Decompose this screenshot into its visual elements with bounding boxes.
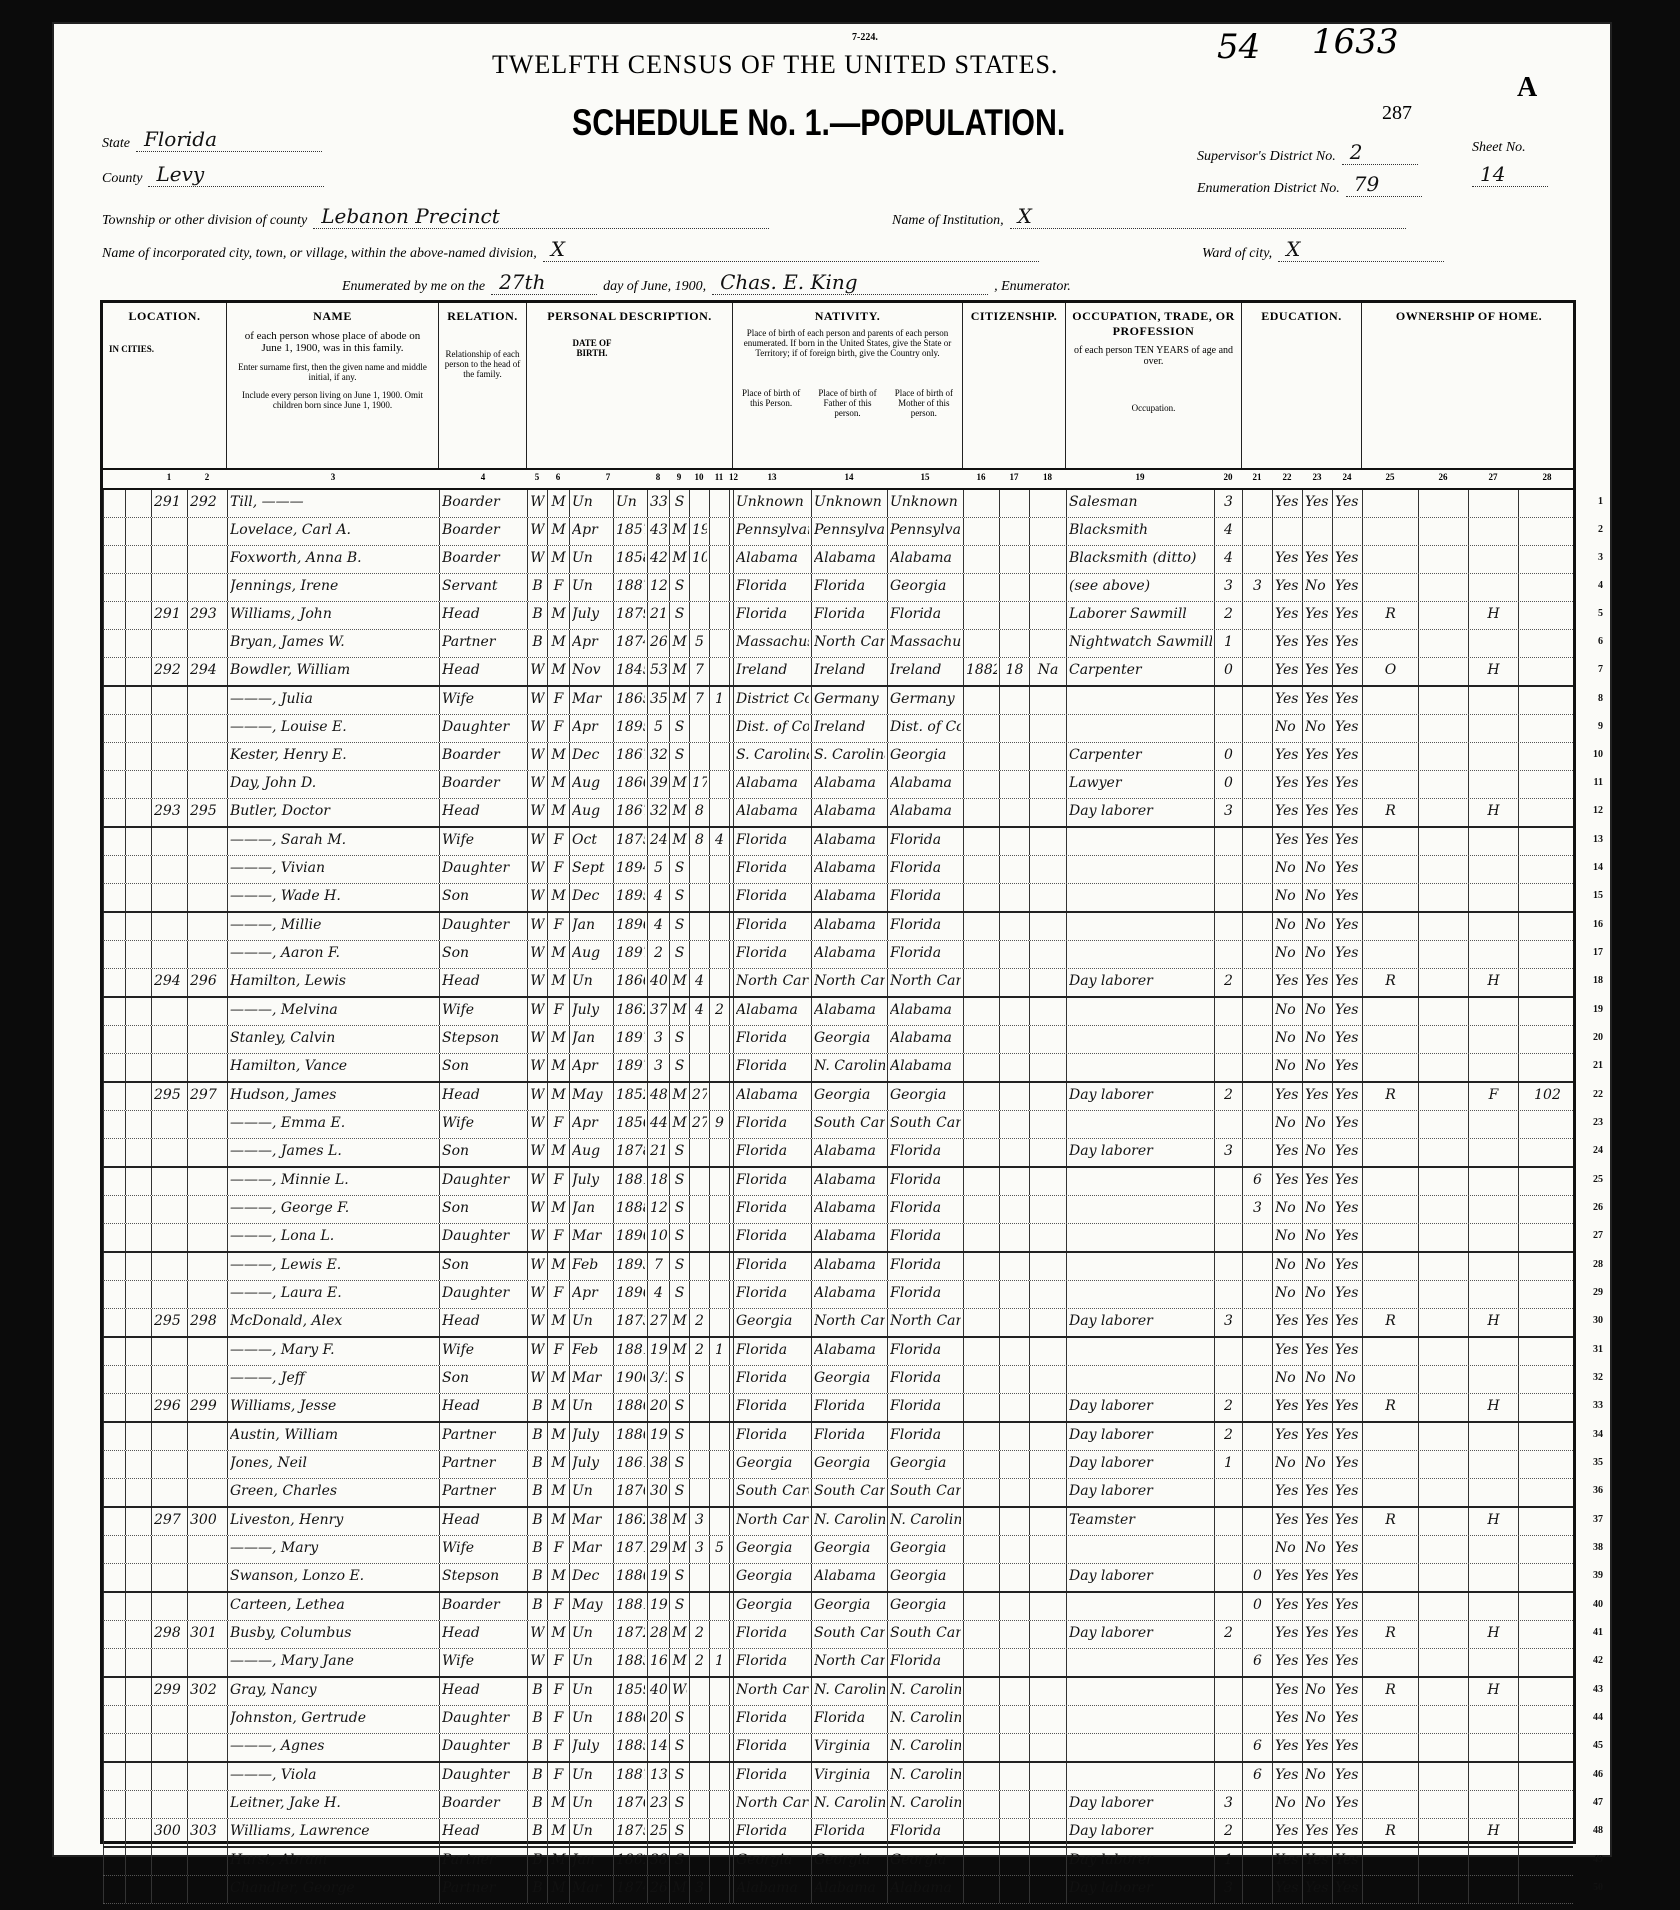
column-divider: [669, 1876, 670, 1903]
cell-ms: M: [672, 832, 687, 848]
cell-mb: Florida: [890, 1653, 961, 1669]
cell-name: ———, Lewis E.: [230, 1257, 437, 1273]
column-divider: [689, 1309, 690, 1336]
column-divider: [227, 1706, 228, 1733]
cell-pb: Florida: [736, 1767, 809, 1783]
column-divider: [1272, 998, 1273, 1025]
line-number: 27: [1593, 1230, 1603, 1241]
cell-age: 10: [650, 1228, 667, 1244]
cell-rel: Wife: [442, 1115, 525, 1131]
column-divider: [613, 1876, 614, 1903]
column-divider: [187, 856, 188, 883]
column-divider: [647, 1281, 648, 1308]
column-divider: [669, 1593, 670, 1620]
column-divider: [103, 1054, 104, 1081]
cell-name: Hamilton, Vance: [230, 1058, 437, 1074]
column-divider: [439, 1083, 440, 1110]
column-divider: [887, 1848, 888, 1875]
column-divider: [887, 687, 888, 714]
cell-fb: Alabama: [814, 832, 885, 848]
line-number: 8: [1598, 693, 1603, 704]
column-divider: [963, 1791, 964, 1818]
column-divider: [669, 1734, 670, 1761]
cell-own: R: [1365, 1087, 1416, 1103]
cell-rel: Boarder: [442, 522, 525, 538]
column-divider: [669, 546, 670, 573]
column-divider: [647, 884, 648, 911]
column-divider: [709, 1083, 710, 1110]
cell-ms: S: [672, 1172, 687, 1188]
column-divider: [1066, 1253, 1067, 1280]
column-divider: [669, 630, 670, 657]
cell-mb: Unknown: [890, 494, 961, 510]
column-divider: [963, 1224, 964, 1251]
column-divider: [709, 856, 710, 883]
cell-pb: District Columbia: [736, 691, 809, 707]
column-divider: [1242, 1649, 1243, 1676]
cell-age: 25: [650, 1823, 667, 1839]
cell-name: Carteen, Lethea: [230, 1597, 437, 1613]
column-divider: [439, 715, 440, 742]
cell-age: 3: [650, 1058, 667, 1074]
column-divider: [1066, 518, 1067, 545]
column-divider: [1518, 1196, 1519, 1223]
column-divider: [1518, 1338, 1519, 1365]
column-divider: [1066, 1083, 1067, 1110]
column-divider: [1272, 1309, 1273, 1336]
cell-fam: 297: [190, 1087, 225, 1103]
column-divider: [1362, 856, 1363, 883]
column-divider: [1518, 1848, 1519, 1875]
column-divider: [125, 1734, 126, 1761]
cell-fb: Florida: [814, 1398, 885, 1414]
column-divider: [811, 1309, 812, 1336]
column-divider: [733, 1139, 734, 1166]
column-divider: [151, 1026, 152, 1053]
column-divider: [689, 799, 690, 826]
cell-rel: Head: [442, 662, 525, 678]
column-divider: [527, 1338, 528, 1365]
column-divider: [729, 715, 730, 742]
cell-color: W: [530, 1285, 545, 1301]
column-divider: [729, 1848, 730, 1875]
cell-age: 33: [650, 494, 667, 510]
column-divider: [689, 941, 690, 968]
column-divider: [1362, 1479, 1363, 1506]
column-divider: [103, 998, 104, 1025]
cell-name: ———, Mary Jane: [230, 1653, 437, 1669]
cell-pb: Florida: [736, 1285, 809, 1301]
cell-color: B: [530, 634, 545, 650]
cell-rd: Yes: [1275, 1172, 1300, 1188]
column-divider: [1362, 1876, 1363, 1903]
column-divider: [613, 1593, 614, 1620]
header-occupation: OCCUPATION, TRADE, OR PROFESSIONof each …: [1066, 303, 1242, 468]
cell-fb: North Carolina: [814, 1313, 885, 1329]
cell-mo: Aug: [572, 1143, 611, 1159]
column-divider: [613, 1621, 614, 1648]
column-divider: [439, 1394, 440, 1421]
column-divider: [569, 1564, 570, 1591]
cell-yr: 1872: [616, 1625, 645, 1641]
column-divider: [439, 1224, 440, 1251]
cell-en: Yes: [1335, 1058, 1360, 1074]
column-divider: [669, 941, 670, 968]
column-divider: [125, 1111, 126, 1138]
column-divider: [669, 687, 670, 714]
column-divider: [1468, 856, 1469, 883]
cell-sch: 0: [1245, 1597, 1270, 1613]
column-divider: [1332, 1536, 1333, 1563]
cell-occ: Day laborer: [1069, 1568, 1212, 1584]
cell-color: W: [530, 719, 545, 735]
column-divider: [1362, 490, 1363, 517]
cell-mo: May: [572, 1087, 611, 1103]
column-divider: [1332, 856, 1333, 883]
column-divider: [103, 687, 104, 714]
column-divider: [1214, 1593, 1215, 1620]
column-divider: [733, 1564, 734, 1591]
column-divider: [187, 715, 188, 742]
cell-age: 19: [650, 1342, 667, 1358]
column-divider: [1066, 884, 1067, 911]
column-divider: [729, 546, 730, 573]
column-divider: [103, 1394, 104, 1421]
column-number: 10: [689, 472, 709, 482]
cell-mo: July: [572, 1738, 611, 1754]
cell-sch: 6: [1245, 1172, 1270, 1188]
column-divider: [151, 1479, 152, 1506]
cell-ms: S: [672, 1285, 687, 1301]
cell-ms: S: [672, 494, 687, 510]
cell-wr: Yes: [1305, 1398, 1330, 1414]
column-divider: [187, 1479, 188, 1506]
column-divider: [1242, 1564, 1243, 1591]
column-divider: [729, 1394, 730, 1421]
column-divider: [733, 1621, 734, 1648]
cell-ms: S: [672, 1398, 687, 1414]
cell-en: Yes: [1335, 1653, 1360, 1669]
column-divider: [613, 1196, 614, 1223]
cell-mb: North Carolina: [890, 1313, 961, 1329]
column-divider: [689, 1649, 690, 1676]
column-divider: [1302, 743, 1303, 770]
column-divider: [151, 1536, 152, 1563]
column-divider: [811, 658, 812, 685]
column-divider: [1418, 856, 1419, 883]
column-divider: [1272, 1706, 1273, 1733]
column-divider: [227, 856, 228, 883]
cell-age: 16: [650, 1653, 667, 1669]
table-row: ———, Louise E.DaughterWFApr18955SDist. o…: [103, 715, 1573, 743]
column-divider: [569, 1083, 570, 1110]
line-number: 18: [1593, 975, 1603, 986]
column-divider: [1272, 658, 1273, 685]
column-divider: [547, 687, 548, 714]
column-number: 26: [1418, 472, 1468, 482]
column-divider: [887, 1083, 888, 1110]
column-divider: [1302, 856, 1303, 883]
cell-occ: Nightwatch Sawmill: [1069, 634, 1212, 650]
column-divider: [1302, 1111, 1303, 1138]
column-divider: [547, 1876, 548, 1903]
cell-rel: Son: [442, 1370, 525, 1386]
column-divider: [151, 1791, 152, 1818]
cell-mu: 1: [1217, 634, 1240, 650]
column-divider: [1468, 771, 1469, 798]
column-divider: [647, 1423, 648, 1450]
cell-pb: Dist. of Columbia: [736, 719, 809, 735]
cell-ym: 10: [692, 550, 707, 566]
city-value: X: [543, 237, 1039, 262]
column-divider: [733, 1848, 734, 1875]
column-divider: [1242, 1508, 1243, 1535]
column-divider: [103, 574, 104, 601]
cell-rd: Yes: [1275, 1087, 1300, 1103]
column-divider: [669, 715, 670, 742]
cell-yr: 1890: [616, 1228, 645, 1244]
cell-fam: 296: [190, 973, 225, 989]
column-divider: [613, 546, 614, 573]
column-divider: [1468, 1338, 1469, 1365]
column-divider: [999, 941, 1000, 968]
column-divider: [1332, 1479, 1333, 1506]
cell-mo: Apr: [572, 719, 611, 735]
cell-fb: Pennsylvania: [814, 522, 885, 538]
cell-pb: Florida: [736, 1172, 809, 1188]
column-divider: [1418, 1649, 1419, 1676]
column-divider: [999, 799, 1000, 826]
column-divider: [1272, 884, 1273, 911]
cell-yr: 1860: [616, 973, 645, 989]
column-divider: [887, 856, 888, 883]
column-divider: [887, 998, 888, 1025]
column-divider: [125, 658, 126, 685]
cell-wr: No: [1305, 1767, 1330, 1783]
cell-mo: Oct: [572, 832, 611, 848]
cell-rel: Partner: [442, 1880, 525, 1896]
cell-own: R: [1365, 606, 1416, 622]
column-divider: [1242, 1734, 1243, 1761]
column-divider: [103, 1423, 104, 1450]
column-divider: [709, 1479, 710, 1506]
column-divider: [1214, 1309, 1215, 1336]
column-divider: [1332, 998, 1333, 1025]
cell-color: B: [530, 1597, 545, 1613]
column-divider: [1272, 1678, 1273, 1705]
column-divider: [1272, 1876, 1273, 1903]
cell-age: 21: [650, 606, 667, 622]
column-divider: [999, 1139, 1000, 1166]
column-divider: [1302, 1508, 1303, 1535]
cell-name: Williams, Lawrence: [230, 1823, 437, 1839]
column-divider: [125, 1649, 126, 1676]
cell-pb: Florida: [736, 1738, 809, 1754]
column-divider: [125, 1848, 126, 1875]
column-divider: [811, 1423, 812, 1450]
cell-name: ———, Wade H.: [230, 888, 437, 904]
column-divider: [527, 490, 528, 517]
column-divider: [569, 884, 570, 911]
column-divider: [1242, 1338, 1243, 1365]
column-divider: [1066, 1848, 1067, 1875]
column-divider: [689, 1394, 690, 1421]
table-row: 295297Hudson, JamesHeadWMMay185248M27Ala…: [103, 1083, 1573, 1111]
column-divider: [811, 518, 812, 545]
column-divider: [151, 1309, 152, 1336]
column-divider: [1242, 1593, 1243, 1620]
column-divider: [689, 1168, 690, 1195]
column-divider: [1518, 1224, 1519, 1251]
column-divider: [547, 574, 548, 601]
cell-en: Yes: [1335, 1257, 1360, 1273]
cell-wr: No: [1305, 945, 1330, 961]
column-divider: [647, 574, 648, 601]
cell-pb: Florida: [736, 917, 809, 933]
column-divider: [669, 1196, 670, 1223]
cell-rd: No: [1275, 1795, 1300, 1811]
column-divider: [733, 1083, 734, 1110]
column-divider: [125, 884, 126, 911]
column-divider: [1518, 1139, 1519, 1166]
column-divider: [1029, 574, 1030, 601]
column-divider: [999, 1394, 1000, 1421]
column-divider: [613, 630, 614, 657]
column-divider: [1332, 1224, 1333, 1251]
cell-mb: Florida: [890, 1200, 961, 1216]
cell-wr: Yes: [1305, 747, 1330, 763]
cell-en: Yes: [1335, 606, 1360, 622]
cell-occ: Day laborer: [1069, 1625, 1212, 1641]
cell-sex: M: [550, 1455, 567, 1471]
cell-en: Yes: [1335, 1002, 1360, 1018]
column-divider: [733, 771, 734, 798]
column-divider: [1029, 1848, 1030, 1875]
cell-ms: M: [672, 1115, 687, 1131]
cell-mo: Un: [572, 1483, 611, 1499]
cell-color: W: [530, 1115, 545, 1131]
column-divider: [187, 884, 188, 911]
column-divider: [689, 1338, 690, 1365]
column-divider: [887, 1338, 888, 1365]
column-divider: [1332, 1111, 1333, 1138]
column-divider: [887, 1168, 888, 1195]
cell-rd: Yes: [1275, 747, 1300, 763]
cell-mb: Alabama: [890, 1058, 961, 1074]
cell-ms: S: [672, 1852, 687, 1868]
column-divider: [1066, 913, 1067, 940]
cell-rel: Daughter: [442, 1285, 525, 1301]
column-divider: [963, 1876, 964, 1903]
cell-yr: 1876: [616, 1795, 645, 1811]
cell-mo: Un: [572, 494, 611, 510]
column-divider: [613, 1111, 614, 1138]
column-divider: [1272, 574, 1273, 601]
column-divider: [1214, 1763, 1215, 1790]
column-divider: [187, 1083, 188, 1110]
column-divider: [999, 602, 1000, 629]
column-divider: [647, 856, 648, 883]
column-divider: [151, 1168, 152, 1195]
line-number: 10: [1593, 749, 1603, 760]
cell-rd: No: [1275, 1540, 1300, 1556]
column-divider: [527, 941, 528, 968]
column-divider: [1029, 1423, 1030, 1450]
cell-pb: Georgia: [736, 1852, 809, 1868]
cell-en: Yes: [1335, 1030, 1360, 1046]
line-number: 41: [1593, 1627, 1603, 1638]
column-divider: [1418, 658, 1419, 685]
column-divider: [1468, 1366, 1469, 1393]
column-divider: [887, 913, 888, 940]
column-divider: [729, 743, 730, 770]
cell-rd: Yes: [1275, 494, 1300, 510]
cell-fam: 299: [190, 1398, 225, 1414]
cell-mo: Un: [572, 1823, 611, 1839]
cell-wr: Yes: [1305, 1512, 1330, 1528]
column-divider: [733, 828, 734, 855]
cell-name: Johnston, Gertrude: [230, 1710, 437, 1726]
column-divider: [1302, 828, 1303, 855]
column-divider: [1332, 1083, 1333, 1110]
column-divider: [569, 574, 570, 601]
column-divider: [733, 1876, 734, 1903]
column-divider: [887, 1564, 888, 1591]
cell-dw: 297: [154, 1512, 185, 1528]
line-number: 33: [1593, 1400, 1603, 1411]
cell-fb: Florida: [814, 1823, 885, 1839]
cell-age: 12: [650, 1200, 667, 1216]
cell-name: Lovelace, Carl A.: [230, 522, 437, 538]
column-divider: [1518, 602, 1519, 629]
cell-sex: M: [550, 1823, 567, 1839]
column-divider: [1302, 518, 1303, 545]
cell-ms: S: [672, 1200, 687, 1216]
cell-color: W: [530, 1087, 545, 1103]
column-divider: [613, 602, 614, 629]
column-divider: [103, 1253, 104, 1280]
column-divider: [125, 1309, 126, 1336]
column-divider: [811, 941, 812, 968]
column-divider: [669, 828, 670, 855]
line-number: 11: [1594, 777, 1603, 788]
header-citizenship: CITIZENSHIP.: [963, 303, 1066, 468]
cell-wr: No: [1305, 1285, 1330, 1301]
column-divider: [1332, 1564, 1333, 1591]
cell-name: ———, Louise E.: [230, 719, 437, 735]
cell-en: Yes: [1335, 1540, 1360, 1556]
column-divider: [1029, 1536, 1030, 1563]
column-divider: [729, 687, 730, 714]
cell-rd: No: [1275, 1370, 1300, 1386]
column-divider: [613, 1423, 614, 1450]
cell-ms: M: [672, 634, 687, 650]
column-divider: [187, 799, 188, 826]
column-divider: [999, 1054, 1000, 1081]
column-divider: [151, 1253, 152, 1280]
column-divider: [569, 1876, 570, 1903]
column-divider: [569, 1593, 570, 1620]
column-number: 15: [887, 472, 963, 482]
column-divider: [887, 546, 888, 573]
column-divider: [999, 658, 1000, 685]
column-divider: [569, 1621, 570, 1648]
column-divider: [527, 913, 528, 940]
column-divider: [569, 546, 570, 573]
column-divider: [1418, 546, 1419, 573]
line-number: 49: [1593, 1854, 1603, 1865]
cell-rd: Yes: [1275, 1682, 1300, 1698]
